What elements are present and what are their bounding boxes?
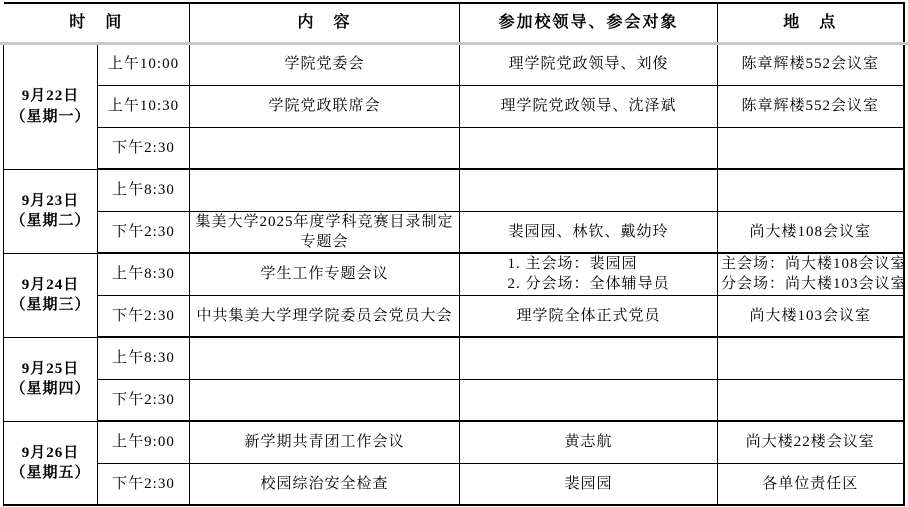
col-header-location: 地 点 (718, 3, 904, 43)
location-cell: 尚大楼22楼会议室 (718, 421, 904, 463)
attendees-cell (460, 169, 718, 211)
table-row: 下午2:30 集美大学2025年度学科竞赛目录制定专题会 裴园园、林钦、戴幼玲 … (4, 211, 904, 253)
time-cell: 下午2:30 (98, 127, 190, 169)
attendees-two-line: 1. 主会场：裴园园 2. 分会场：全体辅导员 (508, 254, 670, 295)
date-cell: 9月22日 （星期一） (4, 43, 98, 169)
time-cell: 上午8:30 (98, 169, 190, 211)
location-cell (718, 337, 904, 379)
date-text-line2: （星期二） (7, 211, 94, 231)
header-row: 时 间 内 容 参加校领导、参会对象 地 点 (4, 3, 904, 43)
table-row: 9月26日 （星期五） 上午9:00 新学期共青团工作会议 黄志航 尚大楼22楼… (4, 421, 904, 463)
location-cell: 尚大楼108会议室 (718, 211, 904, 253)
col-header-time: 时 间 (4, 3, 190, 43)
time-cell: 下午2:30 (98, 295, 190, 337)
table-row: 9月22日 （星期一） 上午10:00 学院党委会 理学院党政领导、刘俊 陈章辉… (4, 43, 904, 85)
attendees-cell: 裴园园、林钦、戴幼玲 (460, 211, 718, 253)
col-header-attendees: 参加校领导、参会对象 (460, 3, 718, 43)
date-text-line1: 9月23日 (7, 191, 94, 211)
date-text-line2: （星期四） (7, 379, 94, 399)
date-text-line2: （星期三） (7, 295, 94, 315)
location-line2: 分会场：尚大楼103会议室 (721, 274, 904, 294)
date-cell: 9月24日 （星期三） (4, 253, 98, 337)
table-row: 下午2:30 校园综治安全检查 裴园园 各单位责任区 (4, 463, 904, 505)
location-two-line: 主会场：尚大楼108会议室 分会场：尚大楼103会议室 (721, 254, 904, 295)
attendees-cell: 黄志航 (460, 421, 718, 463)
date-text-line1: 9月26日 (7, 443, 94, 463)
attendees-cell (460, 127, 718, 169)
attendees-cell: 1. 主会场：裴园园 2. 分会场：全体辅导员 (460, 253, 718, 295)
location-cell (718, 127, 904, 169)
table-row: 9月23日 （星期二） 上午8:30 (4, 169, 904, 211)
attendees-line1: 1. 主会场：裴园园 (508, 254, 670, 274)
table-row: 9月24日 （星期三） 上午8:30 学生工作专题会议 1. 主会场：裴园园 2… (4, 253, 904, 295)
content-cell: 中共集美大学理学院委员会党员大会 (190, 295, 460, 337)
date-cell: 9月25日 （星期四） (4, 337, 98, 421)
location-cell: 各单位责任区 (718, 463, 904, 505)
date-cell: 9月26日 （星期五） (4, 421, 98, 505)
content-cell: 学院党委会 (190, 43, 460, 85)
content-cell: 学院党政联席会 (190, 85, 460, 127)
content-cell: 集美大学2025年度学科竞赛目录制定专题会 (190, 211, 460, 253)
table-row: 9月25日 （星期四） 上午8:30 (4, 337, 904, 379)
location-cell: 陈章辉楼552会议室 (718, 85, 904, 127)
time-cell: 下午2:30 (98, 463, 190, 505)
time-cell: 上午10:30 (98, 85, 190, 127)
date-cell: 9月23日 （星期二） (4, 169, 98, 253)
location-cell: 陈章辉楼552会议室 (718, 43, 904, 85)
location-cell (718, 169, 904, 211)
time-cell: 上午8:30 (98, 253, 190, 295)
content-cell: 新学期共青团工作会议 (190, 421, 460, 463)
attendees-cell: 理学院党政领导、刘俊 (460, 43, 718, 85)
date-text-line2: （星期一） (7, 107, 94, 127)
date-text-line2: （星期五） (7, 463, 94, 483)
date-text-line1: 9月24日 (7, 275, 94, 295)
table-row: 上午10:30 学院党政联席会 理学院党政领导、沈泽斌 陈章辉楼552会议室 (4, 85, 904, 127)
table-row: 下午2:30 (4, 127, 904, 169)
content-cell (190, 337, 460, 379)
time-cell: 上午10:00 (98, 43, 190, 85)
attendees-cell: 裴园园 (460, 463, 718, 505)
table-row: 下午2:30 中共集美大学理学院委员会党员大会 理学院全体正式党员 尚大楼103… (4, 295, 904, 337)
content-cell (190, 169, 460, 211)
attendees-cell (460, 379, 718, 421)
location-cell: 尚大楼103会议室 (718, 295, 904, 337)
location-cell: 主会场：尚大楼108会议室 分会场：尚大楼103会议室 (718, 253, 904, 295)
time-cell: 下午2:30 (98, 379, 190, 421)
date-text-line1: 9月25日 (7, 359, 94, 379)
table-row: 下午2:30 (4, 379, 904, 421)
location-line1: 主会场：尚大楼108会议室 (721, 254, 904, 274)
time-cell: 下午2:30 (98, 211, 190, 253)
content-cell: 校园综治安全检查 (190, 463, 460, 505)
location-cell (718, 379, 904, 421)
content-cell (190, 379, 460, 421)
attendees-cell: 理学院党政领导、沈泽斌 (460, 85, 718, 127)
attendees-line2: 2. 分会场：全体辅导员 (508, 274, 670, 294)
time-cell: 上午9:00 (98, 421, 190, 463)
content-cell: 学生工作专题会议 (190, 253, 460, 295)
content-cell (190, 127, 460, 169)
meeting-schedule-table: 时 间 内 容 参加校领导、参会对象 地 点 9月22日 （星期一） 上午10:… (3, 2, 905, 506)
col-header-content: 内 容 (190, 3, 460, 43)
attendees-cell: 理学院全体正式党员 (460, 295, 718, 337)
date-text-line1: 9月22日 (7, 86, 94, 106)
time-cell: 上午8:30 (98, 337, 190, 379)
attendees-cell (460, 337, 718, 379)
